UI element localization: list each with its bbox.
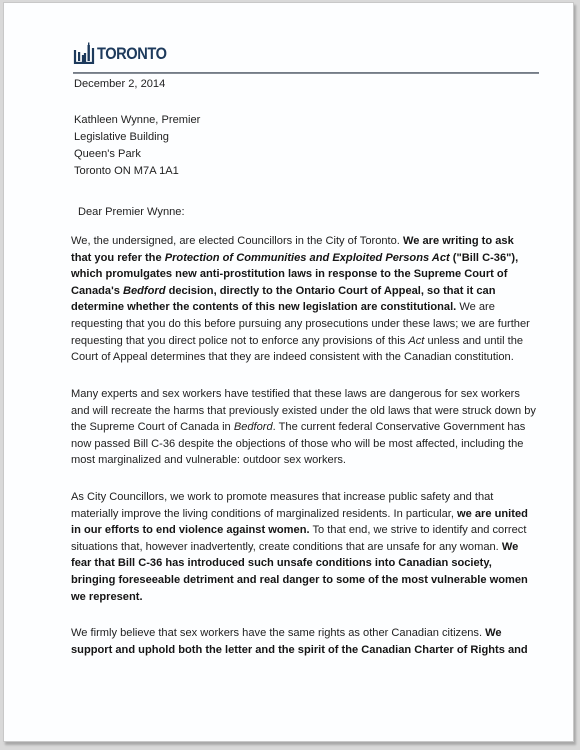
paragraph-line: we represent.	[71, 589, 547, 606]
paragraph-line: which promulgates new anti-prostitution …	[71, 266, 547, 283]
recipient-location: Queen's Park	[74, 146, 200, 163]
paragraph-line: Canada's Bedford decision, directly to t…	[71, 283, 547, 300]
paragraph-line: in our efforts to end violence against w…	[71, 522, 547, 539]
paragraph-line: most marginalized and vulnerable: outdoo…	[71, 452, 547, 469]
letterhead-divider	[73, 72, 539, 74]
paragraph-line: requesting that you do this before pursu…	[71, 316, 547, 333]
paragraph-line: and will recreate the harms that previou…	[71, 403, 547, 420]
recipient-name: Kathleen Wynne, Premier	[74, 112, 200, 129]
city-hall-towers-icon	[73, 42, 95, 64]
salutation: Dear Premier Wynne:	[78, 204, 185, 221]
letter-date: December 2, 2014	[74, 76, 165, 93]
paragraph-line: fear that Bill C-36 has introduced such …	[71, 555, 547, 572]
paragraph-line: materially improve the living conditions…	[71, 506, 547, 523]
paragraph-line: We, the undersigned, are elected Council…	[71, 233, 547, 250]
recipient-city-postal: Toronto ON M7A 1A1	[74, 163, 200, 180]
paragraph-line: that you refer the Protection of Communi…	[71, 250, 547, 267]
paragraph-line: Many experts and sex workers have testif…	[71, 386, 547, 403]
paragraph-line: determine whether the contents of this n…	[71, 299, 547, 316]
paragraph-line: support and uphold both the letter and t…	[71, 642, 547, 659]
paragraph-line: requesting that you direct police not to…	[71, 333, 547, 350]
recipient-address: Kathleen Wynne, Premier Legislative Buil…	[74, 112, 200, 180]
paragraph: Many experts and sex workers have testif…	[71, 386, 547, 469]
letter-page: Toronto December 2, 2014 Kathleen Wynne,…	[3, 2, 574, 742]
letterhead-logo: Toronto	[73, 40, 178, 64]
paragraph: As City Councillors, we work to promote …	[71, 489, 547, 605]
letterhead-wordmark: Toronto	[97, 44, 167, 64]
paragraph-line: bringing foreseeable detriment and real …	[71, 572, 547, 589]
paragraph: We, the undersigned, are elected Council…	[71, 233, 547, 366]
paragraph: We firmly believe that sex workers have …	[71, 625, 547, 658]
paragraph-line: situations that, however inadvertently, …	[71, 539, 547, 556]
paragraph-line: now passed Bill C-36 despite the objecti…	[71, 436, 547, 453]
paragraph-line: the Supreme Court of Canada in Bedford. …	[71, 419, 547, 436]
paragraph-line: Court of Appeal determines that they are…	[71, 349, 547, 366]
recipient-building: Legislative Building	[74, 129, 200, 146]
paragraph-line: We firmly believe that sex workers have …	[71, 625, 547, 642]
paragraph-line: As City Councillors, we work to promote …	[71, 489, 547, 506]
